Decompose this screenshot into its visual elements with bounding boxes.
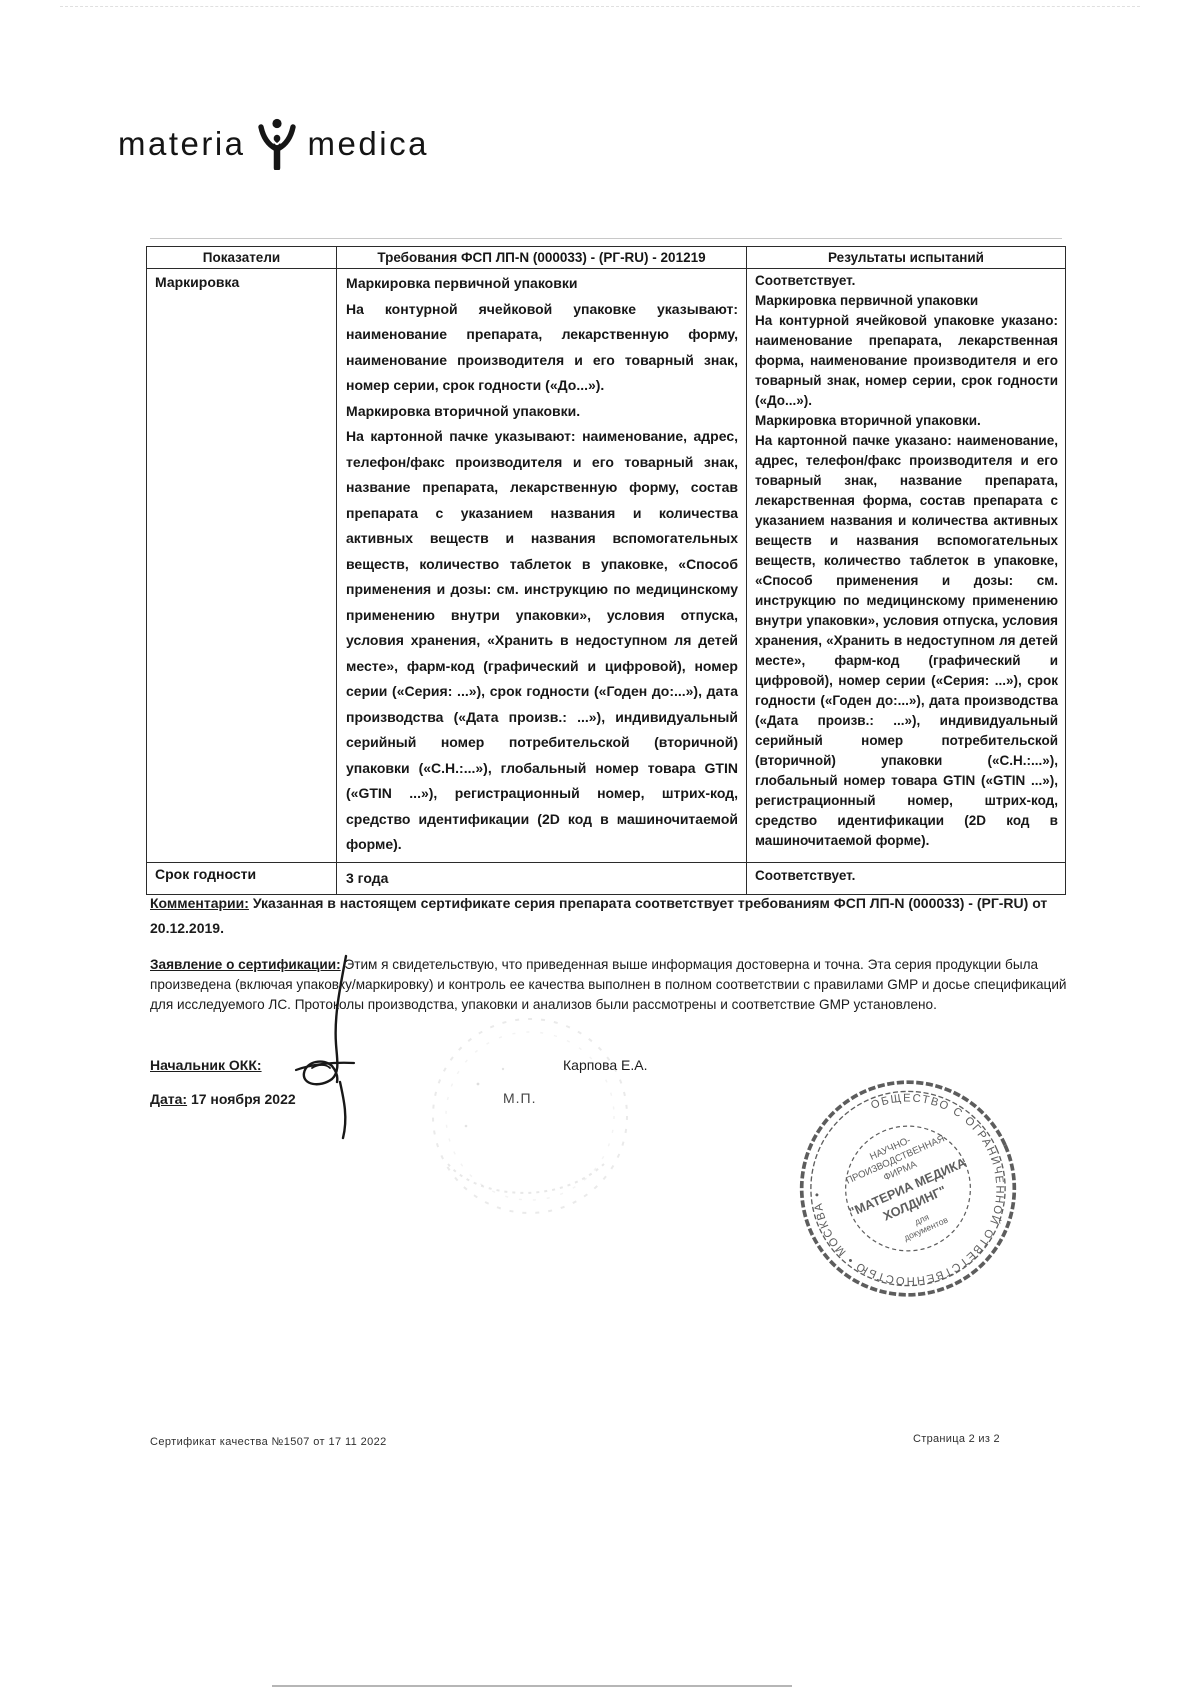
person-figure-icon xyxy=(256,118,298,170)
table-row-shelf-life: Срок годности 3 года Соответствует. xyxy=(147,862,1066,895)
requirement-paragraph: Маркировка вторичной упаковки. xyxy=(346,399,738,425)
company-stamp: ОБЩЕСТВО С ОГРАНИЧЕННОЙ ОТВЕТСТВЕННОСТЬЮ… xyxy=(784,1074,1032,1304)
qc-head-label: Начальник ОКК: xyxy=(150,1057,262,1073)
certificate-table: Показатели Требования ФСП ЛП-N (000033) … xyxy=(146,246,1066,895)
table-row-marking: Маркировка Маркировка первичной упаковки… xyxy=(147,269,1066,863)
result-paragraph: Соответствует. xyxy=(755,866,1058,886)
scan-artifact-line xyxy=(272,1685,792,1687)
logo-word-materia: materia xyxy=(118,125,246,163)
handwritten-signature xyxy=(282,946,382,1146)
page-number-footer: Страница 2 из 2 xyxy=(913,1433,1000,1445)
requirement-paragraph: 3 года xyxy=(346,866,738,892)
result-paragraph: Соответствует. xyxy=(755,271,1058,291)
date-line: Дата: 17 ноября 2022 xyxy=(150,1091,296,1107)
requirement-paragraph: Маркировка первичной упаковки xyxy=(346,271,738,297)
header-requirements: Требования ФСП ЛП-N (000033) - (РГ-RU) -… xyxy=(337,247,747,269)
requirement-paragraph: На картонной пачке указывают: наименован… xyxy=(346,424,738,858)
faint-round-stamp xyxy=(408,1014,648,1224)
result-paragraph: На картонной пачке указано: наименование… xyxy=(755,431,1058,851)
header-indicators: Показатели xyxy=(147,247,337,269)
comments-block: Комментарии: Указанная в настоящем серти… xyxy=(150,891,1068,941)
materia-medica-logo: materia medica xyxy=(118,118,429,170)
date-value: 17 ноября 2022 xyxy=(191,1091,296,1107)
logo-word-medica: medica xyxy=(308,125,429,163)
requirement-cell: 3 года xyxy=(337,862,747,895)
result-cell: Соответствует. Маркировка первичной упак… xyxy=(747,269,1066,863)
date-label: Дата: xyxy=(150,1091,187,1107)
comments-text: Указанная в настоящем сертификате серия … xyxy=(150,895,1047,936)
certificate-number-footer: Сертификат качества №1507 от 17 11 2022 xyxy=(150,1436,387,1448)
scan-artifact-line xyxy=(60,6,1140,7)
certificate-page: materia medica Показатели Требования ФСП… xyxy=(0,0,1200,1696)
table-header-row: Показатели Требования ФСП ЛП-N (000033) … xyxy=(147,247,1066,269)
result-paragraph: На контурной ячейковой упаковке указано:… xyxy=(755,311,1058,411)
result-paragraph: Маркировка вторичной упаковки. xyxy=(755,411,1058,431)
header-results: Результаты испытаний xyxy=(747,247,1066,269)
indicator-cell: Маркировка xyxy=(147,269,337,863)
result-paragraph: Маркировка первичной упаковки xyxy=(755,291,1058,311)
requirement-cell: Маркировка первичной упаковки На контурн… xyxy=(337,269,747,863)
comments-label: Комментарии: xyxy=(150,895,249,911)
result-cell: Соответствует. xyxy=(747,862,1066,895)
scan-artifact-line xyxy=(150,238,1062,239)
indicator-cell: Срок годности xyxy=(147,862,337,895)
requirement-paragraph: На контурной ячейковой упаковке указываю… xyxy=(346,297,738,399)
